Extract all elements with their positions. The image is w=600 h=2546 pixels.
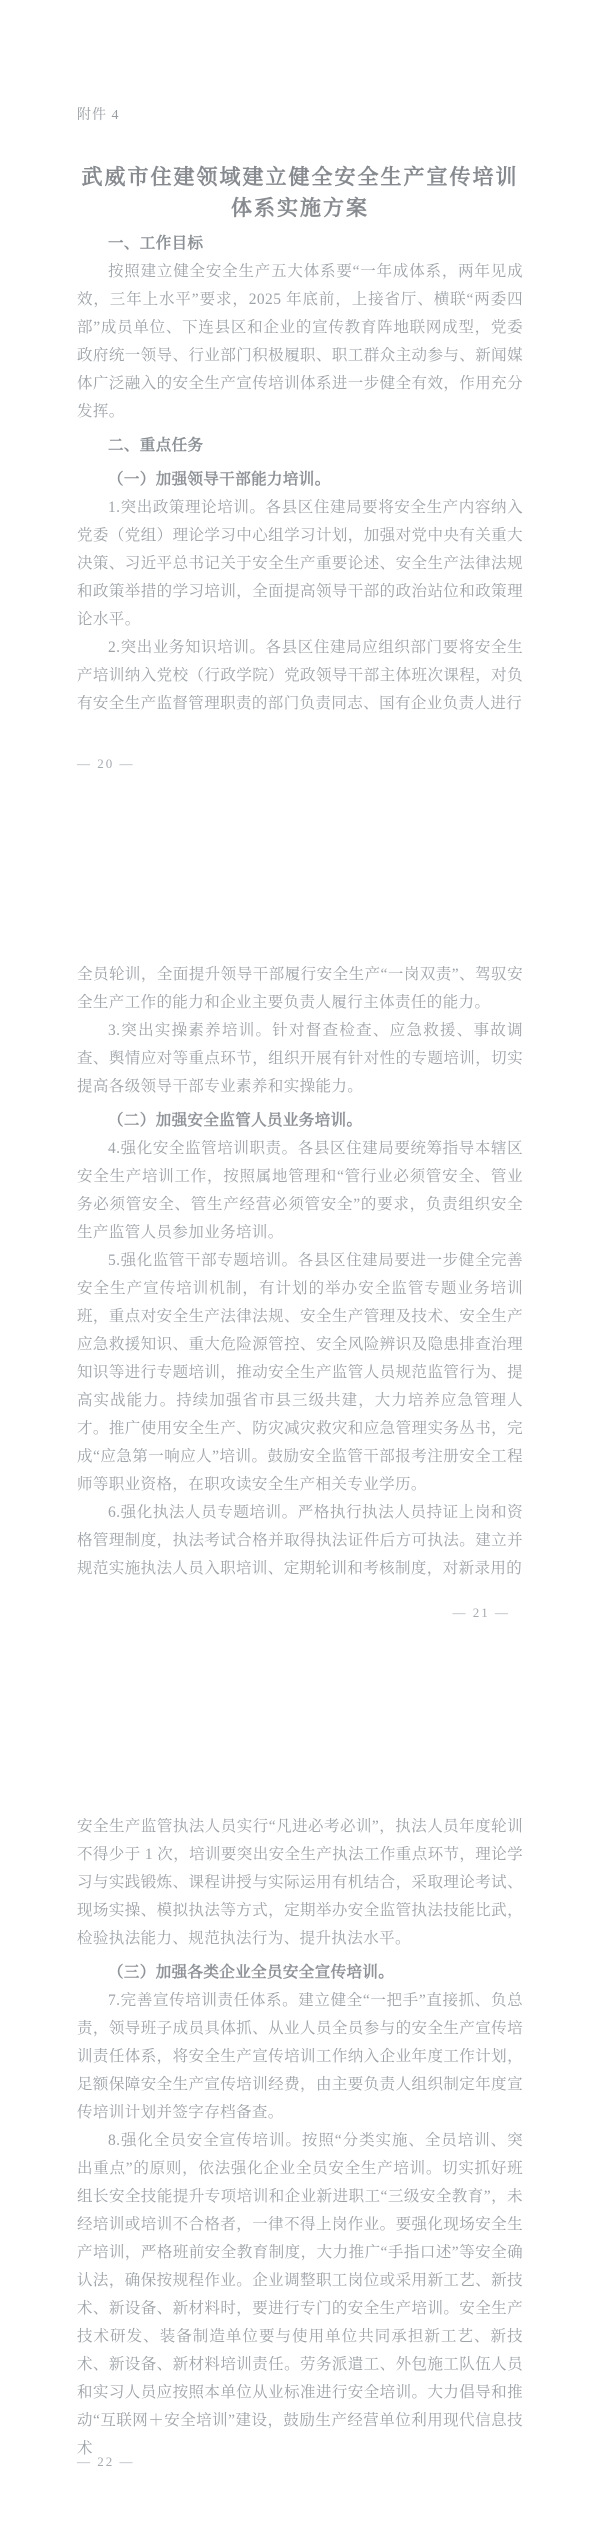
document-page: 附件 4 武威市住建领域建立健全安全生产宣传培训体系实施方案 一、工作目标 按照… <box>0 0 600 849</box>
subsection-heading-3: （三）加强各类企业全员安全宣传培训。 <box>77 1959 523 1987</box>
paragraph: 8.强化全员安全宣传培训。按照“分类实施、全员培训、突出重点”的原则，依法强化企… <box>77 2127 523 2463</box>
page-content: 安全生产监管执法人员实行“凡进必考必训”，执法人员年度轮训不得少于 1 次，培训… <box>0 1698 600 2463</box>
paragraph: 7.完善宣传培训责任体系。建立健全“一把手”直接抓、负总责，领导班子成员具体抓、… <box>77 1987 523 2127</box>
page-content: 附件 4 武威市住建领域建立健全安全生产宣传培训体系实施方案 一、工作目标 按照… <box>0 0 600 718</box>
document-viewer: 附件 4 武威市住建领域建立健全安全生产宣传培训体系实施方案 一、工作目标 按照… <box>0 0 600 2546</box>
paragraph: 4.强化安全监管培训职责。各县区住建局要统筹指导本辖区安全生产培训工作，按照属地… <box>77 1135 523 1247</box>
subsection-heading-2: （二）加强安全监管人员业务培训。 <box>77 1107 523 1135</box>
page-content: 全员轮训，全面提升领导干部履行安全生产“一岗双责”、驾驭安全生产工作的能力和企业… <box>0 849 600 1583</box>
section-heading-work-goal: 一、工作目标 <box>77 230 523 258</box>
paragraph-continuation: 全员轮训，全面提升领导干部履行安全生产“一岗双责”、驾驭安全生产工作的能力和企业… <box>77 961 523 1017</box>
section-heading-key-tasks: 二、重点任务 <box>77 432 523 460</box>
subsection-heading-1: （一）加强领导干部能力培训。 <box>77 466 523 494</box>
page-number: — 21 — <box>453 1605 511 1621</box>
paragraph: 3.突出实操素养培训。针对督查检查、应急救援、事故调查、舆情应对等重点环节，组织… <box>77 1017 523 1101</box>
paragraph: 按照建立健全安全生产五大体系要“一年成体系，两年见成效，三年上水平”要求，202… <box>77 258 523 426</box>
paragraph: 2.突出业务知识培训。各县区住建局应组织部门要将安全生产培训纳入党校（行政学院）… <box>77 634 523 718</box>
page-number: — 22 — <box>77 2454 135 2470</box>
paragraph-continuation: 安全生产监管执法人员实行“凡进必考必训”，执法人员年度轮训不得少于 1 次，培训… <box>77 1813 523 1953</box>
page-number: — 20 — <box>77 756 135 772</box>
attachment-label: 附件 4 <box>77 106 523 126</box>
paragraph: 1.突出政策理论培训。各县区住建局要将安全生产内容纳入党委（党组）理论学习中心组… <box>77 494 523 634</box>
paragraph: 6.强化执法人员专题培训。严格执行执法人员持证上岗和资格管理制度，执法考试合格并… <box>77 1499 523 1583</box>
document-page: 安全生产监管执法人员实行“凡进必考必训”，执法人员年度轮训不得少于 1 次，培训… <box>0 1698 600 2546</box>
document-page: 全员轮训，全面提升领导干部履行安全生产“一岗双责”、驾驭安全生产工作的能力和企业… <box>0 849 600 1698</box>
paragraph: 5.强化监管干部专题培训。各县区住建局要进一步健全完善安全生产宣传培训机制，有计… <box>77 1247 523 1499</box>
document-title: 武威市住建领域建立健全安全生产宣传培训体系实施方案 <box>77 162 523 224</box>
